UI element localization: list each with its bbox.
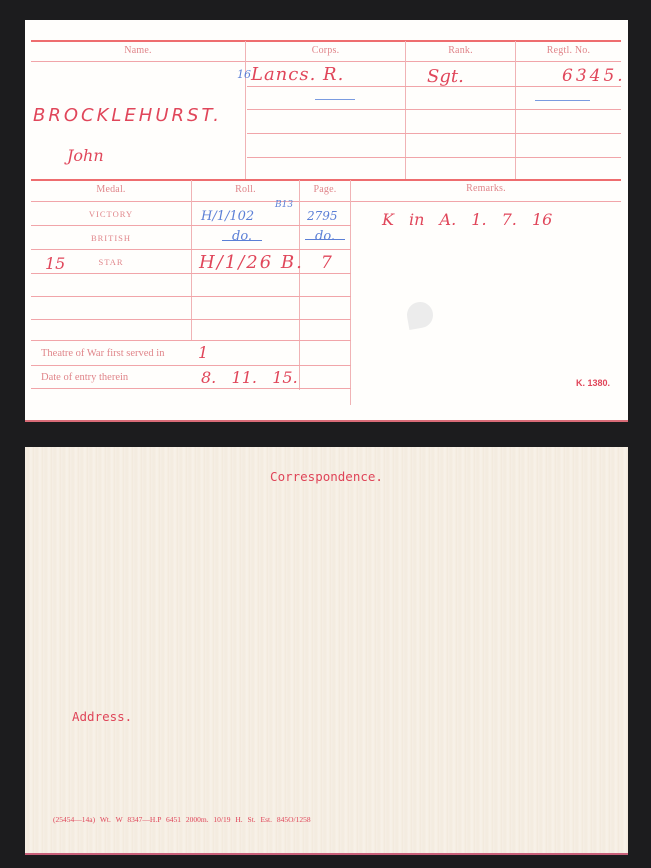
header-roll: Roll. [192, 184, 299, 195]
column-divider [299, 180, 300, 390]
roll-note: B13 [275, 200, 293, 210]
blue-mark [315, 99, 355, 100]
row-rule [31, 273, 351, 274]
row-rule [31, 365, 351, 366]
theatre-value: 1 [198, 343, 208, 362]
column-divider [515, 41, 516, 179]
header-rank: Rank. [406, 45, 515, 56]
page-value: do. [315, 229, 335, 244]
header-name: Name. [31, 45, 245, 56]
date-label: Date of entry therein [41, 372, 128, 383]
theatre-label: Theatre of War first served in [41, 348, 164, 359]
row-rule [31, 249, 351, 250]
column-divider [350, 180, 351, 405]
remarks-value: K in A. 1. 7. 16 [382, 210, 552, 229]
regt-no-value: 6345. [562, 66, 626, 86]
row-rule [31, 388, 351, 389]
surname: BROCKLEHURST. [33, 105, 222, 126]
medal-card-back: Correspondence. Address. (25454—14a) Wt.… [25, 447, 628, 855]
medal-section-rule [31, 179, 621, 181]
header-remarks: Remarks. [351, 183, 621, 194]
row-rule [247, 109, 621, 110]
address-label: Address. [72, 709, 132, 724]
form-code: K. 1380. [576, 378, 610, 388]
blue-mark [535, 100, 590, 101]
row-rule [247, 133, 621, 134]
row-rule [247, 157, 621, 158]
page-value: 7 [321, 253, 332, 273]
header-regt-no: Regtl. No. [516, 45, 621, 56]
header-underline [31, 61, 621, 62]
row-rule [31, 340, 351, 341]
ditto-stroke [305, 239, 345, 240]
header-rule [31, 40, 621, 42]
roll-value: H/1/102 [201, 209, 254, 224]
column-divider [405, 41, 406, 179]
column-divider [191, 180, 192, 340]
medal-header-underline [31, 201, 621, 202]
forename-text: John [67, 146, 104, 165]
medal-name: BRITISH [31, 233, 191, 243]
print-footer: (25454—14a) Wt. W 8347—H.P 6451 2000m. 1… [53, 815, 311, 824]
header-corps: Corps. [246, 45, 405, 56]
rank-value: Sgt. [427, 66, 464, 87]
row-rule [31, 319, 351, 320]
forename: John [67, 146, 104, 165]
medal-name: VICTORY [31, 209, 191, 219]
page-value: 2795 [307, 209, 338, 223]
roll-value: H/1/26 B. [199, 252, 304, 273]
corps-value: Lancs. R. [251, 64, 344, 85]
corps-number: 16 [237, 68, 251, 81]
row-rule [31, 225, 351, 226]
medal-card-front: Name. Corps. Rank. Regtl. No. BROCKLEHUR… [25, 20, 628, 422]
ditto-stroke [222, 240, 262, 241]
header-page: Page. [300, 184, 350, 195]
correspondence-heading: Correspondence. [25, 469, 628, 484]
date-value: 8. 11. 15. [201, 368, 298, 387]
column-divider [245, 41, 246, 179]
medal-name: STAR [31, 257, 191, 267]
row-rule [31, 296, 351, 297]
roll-value: do. [232, 229, 252, 244]
header-medal: Medal. [31, 184, 191, 195]
leaf-watermark-icon [405, 300, 435, 330]
